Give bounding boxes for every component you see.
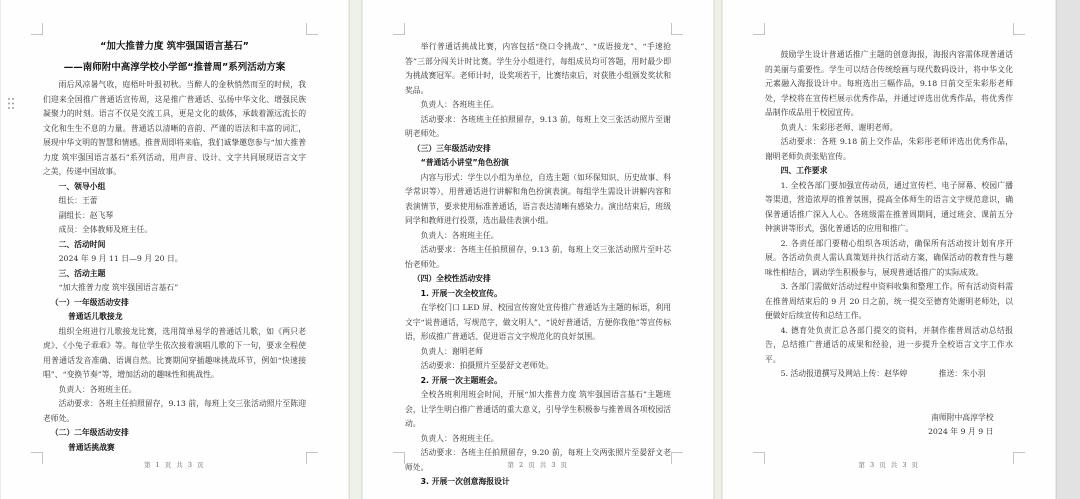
doc-line: 在学校门口 LED 屏、校园宣传窗处宣传推广普通话为主题的标语，利用文字“说普通… xyxy=(405,301,671,345)
doc-line: 三、活动主题 xyxy=(43,267,306,282)
doc-line: “加大推普力度 筑牢强国语言基石” xyxy=(43,36,306,57)
doc-line: 内容与形式：学生以小组为单位，自选主题（如环保知识、历史故事、科学常识等），用普… xyxy=(405,171,671,229)
page-2-content: 举行普通话挑战比赛，内容包括“绕口令挑战”、“成语接龙”、“手速抢答”三部分闯关… xyxy=(405,40,671,490)
doc-line: 4. 德育处负责汇总各部门提交的资料，并制作推普周活动总结报告，总结推广普通话的… xyxy=(765,324,1013,368)
doc-line: 2. 各责任部门要精心组织各项活动，确保所有活动按计划有序开展。各活动负责人需认… xyxy=(765,237,1013,281)
doc-line: （四）全校性活动安排 xyxy=(405,272,671,287)
doc-line: 鼓励学生设计普通话推广主题的创意海报，海报内容需体现普通话的美丽与重要性。学生可… xyxy=(765,48,1013,121)
doc-line: 组长：王蕾 xyxy=(43,194,306,209)
doc-line: 负责人：各班班主任。 xyxy=(405,98,671,113)
doc-line: 活动要求：各班 9.18 前上交作品，朱彩彤老师评选出优秀作品，谢明老师负责张贴… xyxy=(765,135,1013,164)
page-separator xyxy=(714,0,722,499)
page-3-footer: 第 3 页 共 3 页 xyxy=(723,460,1055,469)
page-1: “加大推普力度 筑牢强国语言基石”——南师附中高淳学校小学部“推普周”系列活动方… xyxy=(0,0,349,499)
page-2: 举行普通话挑战比赛，内容包括“绕口令挑战”、“成语接龙”、“手速抢答”三部分闯关… xyxy=(362,0,714,499)
doc-line: “加大推普力度 筑牢强国语言基石” xyxy=(43,281,306,296)
drag-handle-icon[interactable] xyxy=(6,96,16,110)
doc-line: （二）二年级活动安排 xyxy=(43,426,306,441)
doc-line: （一）一年级活动安排 xyxy=(43,296,306,311)
document-canvas: “加大推普力度 筑牢强国语言基石”——南师附中高淳学校小学部“推普周”系列活动方… xyxy=(0,0,1080,499)
doc-line xyxy=(765,396,1013,411)
doc-line: 2024 年 9 月 9 日 xyxy=(765,425,1013,440)
doc-line: 负责人：各班班主任。 xyxy=(405,432,671,447)
doc-line: 2024 年 9 月 11 日—9 月 20 日。 xyxy=(43,252,306,267)
doc-line: 副组长：赵飞琴 xyxy=(43,209,306,224)
doc-line: 四、工作要求 xyxy=(765,164,1013,179)
doc-line: 一、领导小组 xyxy=(43,180,306,195)
doc-line: 3. 各部门需做好活动过程中资料收集和整理工作。所有活动资料需在推普周结束后的 … xyxy=(765,280,1013,324)
margin-crop-mark xyxy=(671,23,683,35)
doc-line: “普通话小讲堂”角色扮演 xyxy=(405,156,671,171)
doc-line: 活动要求：各班主任拍照留存，9.13 前，每班上交三张活动照片至叶芯怡老师处。 xyxy=(405,243,671,272)
margin-crop-mark xyxy=(753,23,765,35)
doc-line: ——南师附中高淳学校小学部“推普周”系列活动方案 xyxy=(43,57,306,78)
page-1-footer: 第 1 页 共 3 页 xyxy=(1,460,348,469)
doc-line: 雨后风凉暑气收，庭梧叶叶报初秋。当醉人的金秋悄然而至的时候，我们迎来全国推广普通… xyxy=(43,78,306,180)
margin-crop-mark xyxy=(306,23,318,35)
doc-line: 负责人：各班班主任。 xyxy=(405,229,671,244)
doc-line: 全校各班利用班会时间，开展“加大推普力度 筑牢强国语言基石”主题班会，让学生明白… xyxy=(405,388,671,432)
doc-line: 5. 活动报道撰写及网站上传：赵华婷 推送：朱小羽 xyxy=(765,367,1013,382)
doc-line: 二、活动时间 xyxy=(43,238,306,253)
page-2-footer: 第 2 页 共 3 页 xyxy=(363,460,713,469)
doc-line: 负责人：谢明老师 xyxy=(405,345,671,360)
doc-line: 南师附中高淳学校 xyxy=(765,411,1013,426)
doc-line: 举行普通话挑战比赛，内容包括“绕口令挑战”、“成语接龙”、“手速抢答”三部分闯关… xyxy=(405,40,671,98)
page-3-content: 鼓励学生设计普通话推广主题的创意海报，海报内容需体现普通话的美丽与重要性。学生可… xyxy=(765,48,1013,440)
doc-line: 普通话儿歌接龙 xyxy=(43,310,306,325)
margin-crop-mark xyxy=(1013,23,1025,35)
doc-line: 负责人：朱彩彤老师、谢明老师。 xyxy=(765,121,1013,136)
page-separator xyxy=(349,0,362,499)
doc-line: 组织全班进行儿歌接龙比赛，选用简单易学的普通话儿歌，如《两只老虎》、《小兔子乖乖… xyxy=(43,325,306,383)
page-1-content: “加大推普力度 筑牢强国语言基石”——南师附中高淳学校小学部“推普周”系列活动方… xyxy=(43,36,306,455)
margin-crop-mark xyxy=(393,23,405,35)
doc-line: 活动要求：拍摄照片至晏舒文老师处。 xyxy=(405,359,671,374)
doc-line: 3. 开展一次创意海报设计 xyxy=(405,475,671,490)
doc-line: 活动要求：各班班主任拍照留存，9.13 前，每班上交三张活动照片至谢明老师处。 xyxy=(405,113,671,142)
margin-crop-mark xyxy=(31,23,43,35)
doc-line xyxy=(765,382,1013,397)
doc-line: 2. 开展一次主题班会。 xyxy=(405,374,671,389)
doc-line: 普通话挑战赛 xyxy=(43,441,306,456)
doc-line: 1. 全校各部门要加强宣传动员，通过宣传栏、电子屏幕、校园广播等渠道，营造浓厚的… xyxy=(765,179,1013,237)
doc-line: 活动要求：各班主任拍照留存，9.13 前，每班上交三张活动照片至陈迎老师处。 xyxy=(43,397,306,426)
scrollbar-track[interactable] xyxy=(1056,0,1080,499)
doc-line: 负责人：各班班主任。 xyxy=(43,383,306,398)
doc-line: （三）三年级活动安排 xyxy=(405,142,671,157)
doc-line: 成员：全体教师及班主任。 xyxy=(43,223,306,238)
doc-line: 1. 开展一次全校宣传。 xyxy=(405,287,671,302)
page-3: 鼓励学生设计普通话推广主题的创意海报，海报内容需体现普通话的美丽与重要性。学生可… xyxy=(722,0,1056,499)
